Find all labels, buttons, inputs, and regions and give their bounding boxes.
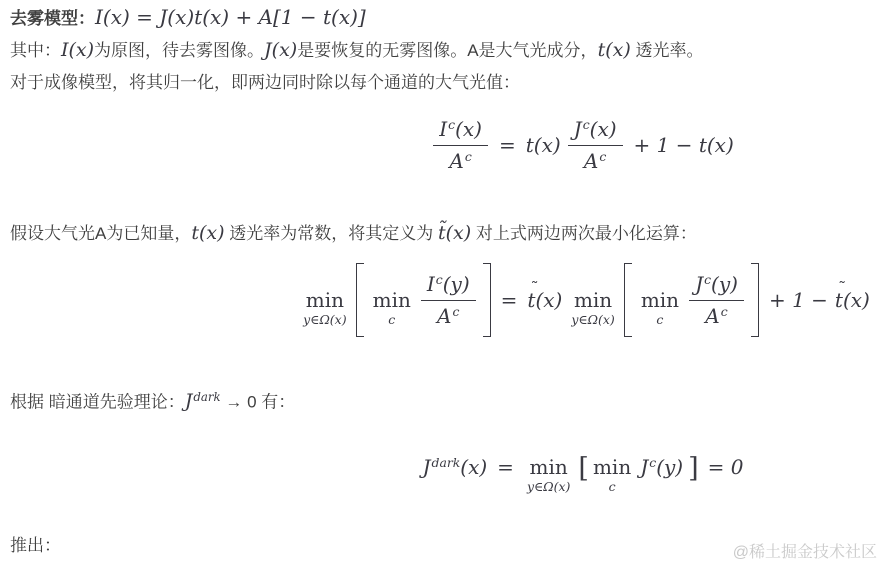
- fraction-Ic-over-Ac: Ic(y) Ac: [421, 272, 476, 328]
- tilde-accent: ˜: [531, 280, 539, 296]
- math-token: (y): [656, 455, 683, 479]
- math-superscript: c: [583, 117, 590, 132]
- display-formula-normalized: Ic(x) Ac = t(x) Jc(x) Ac + 1 − t(x): [283, 112, 887, 178]
- watermark-juejin: @稀土掘金技术社区: [733, 539, 877, 562]
- math-superscript: c: [721, 304, 728, 319]
- math-token: I: [439, 117, 447, 141]
- min-limit: y∈Ω(x): [571, 314, 614, 327]
- paragraph-dehaze-model: 去雾模型：I(x) = J(x)t(x) + A[1 − t(x)]: [10, 4, 366, 32]
- text-segment: 对于成像模型，将其归一化，即两边同时除以每个通道的大气光值：: [10, 73, 520, 92]
- term-J-dark: Jdark(x): [422, 455, 487, 479]
- right-bracket: ]: [688, 455, 699, 482]
- min-operator-inner-right: min c: [641, 290, 679, 327]
- inline-math-J: J(x): [264, 39, 297, 61]
- math-token: A: [449, 149, 463, 173]
- term-t-tilde-tail: ˜t(x): [835, 288, 870, 312]
- min-operator-outer-left: min y∈Ω(x): [303, 290, 346, 327]
- inline-math-t-tilde: t̃(x): [438, 222, 471, 244]
- fraction-Jc-over-Ac: Jc(x) Ac: [568, 117, 623, 173]
- text-segment: → 0 有：: [221, 392, 296, 411]
- term-J-c-y: Jc(y): [640, 455, 683, 479]
- math-token: J: [185, 390, 193, 412]
- math-token: (x): [843, 288, 870, 312]
- t-with-tilde: ˜t: [835, 288, 843, 312]
- fraction-Jc-over-Ac: Jc(y) Ac: [689, 272, 744, 328]
- fraction-numerator: Ic(x): [433, 117, 488, 146]
- dehaze-model-label: 去雾模型：: [10, 9, 95, 28]
- math-token: A: [705, 304, 719, 328]
- math-superscript: dark: [193, 390, 220, 404]
- inline-math-atmospheric-model: I(x) = J(x)t(x) + A[1 − t(x)]: [95, 5, 366, 29]
- math-superscript: c: [436, 272, 443, 287]
- fraction-numerator: Jc(y): [689, 272, 744, 301]
- text-segment: 根据 暗通道先验理论：: [10, 392, 185, 411]
- min-label: min: [530, 457, 568, 477]
- min-label: min: [306, 290, 344, 310]
- math-superscript: c: [452, 304, 459, 319]
- min-limit: c: [656, 314, 663, 327]
- t-with-tilde: ˜t: [527, 288, 535, 312]
- equals-sign: =: [501, 288, 518, 312]
- min-operator-outer: min y∈Ω(x): [527, 457, 570, 494]
- math-token: I: [427, 272, 435, 296]
- math-superscript: c: [704, 272, 711, 287]
- paragraph-conclusion-lead: 推出：: [10, 532, 61, 559]
- text-segment: 是要恢复的无雾图像。A是大气光成分，: [297, 41, 597, 60]
- fraction-denominator: Ac: [437, 301, 459, 328]
- left-bracket: [: [578, 455, 589, 482]
- paragraph-assumption: 假设大气光A为已知量，t(x) 透光率为常数，将其定义为 t̃(x) 对上式两边…: [10, 220, 697, 247]
- min-label: min: [574, 290, 612, 310]
- paragraph-normalization: 对于成像模型，将其归一化，即两边同时除以每个通道的大气光值：: [10, 69, 520, 96]
- text-segment: 对上式两边两次最小化运算：: [471, 224, 697, 243]
- min-limit: y∈Ω(x): [303, 314, 346, 327]
- plus-one-minus: + 1 −: [769, 288, 828, 312]
- equals-zero: = 0: [708, 455, 744, 479]
- math-token: (x): [535, 288, 562, 312]
- inline-math-I: I(x): [61, 39, 94, 61]
- math-token: J: [695, 272, 703, 296]
- paragraph-symbol-explanation: 其中：I(x)为原图，待去雾图像。J(x)是要恢复的无雾图像。A是大气光成分，t…: [10, 37, 703, 64]
- math-token: (y): [443, 272, 470, 296]
- text-segment: 透光率为常数，将其定义为: [225, 224, 438, 243]
- paragraph-dark-channel-prior: 根据 暗通道先验理论：Jdark → 0 有：: [10, 384, 295, 415]
- math-token: A: [584, 149, 598, 173]
- right-bracket: [751, 263, 759, 337]
- math-token: J: [640, 455, 648, 479]
- min-operator-outer-right: min y∈Ω(x): [571, 290, 614, 327]
- math-token: J: [422, 455, 430, 479]
- text-segment: 推出：: [10, 536, 61, 555]
- inline-math-t: t(x): [191, 222, 224, 244]
- math-token: (x): [460, 455, 487, 479]
- tilde-accent: ˜: [838, 280, 846, 296]
- left-bracket: [624, 263, 632, 337]
- equals-sign: =: [499, 133, 516, 157]
- min-label: min: [641, 290, 679, 310]
- math-token: A: [437, 304, 451, 328]
- math-superscript: c: [599, 149, 606, 164]
- min-operator-inner-left: min c: [373, 290, 411, 327]
- min-operator-inner: min c: [593, 457, 631, 494]
- equals-sign: =: [497, 455, 514, 479]
- left-bracket: [356, 263, 364, 337]
- text-segment: 透光率。: [631, 41, 704, 60]
- min-label: min: [593, 457, 631, 477]
- math-token: J: [574, 117, 582, 141]
- right-bracket: [483, 263, 491, 337]
- min-limit: c: [609, 481, 616, 494]
- term-t-tilde: ˜t(x): [527, 288, 562, 312]
- text-segment: 为原图，待去雾图像。: [94, 41, 264, 60]
- math-token: (y): [711, 272, 738, 296]
- article-body: 去雾模型：I(x) = J(x)t(x) + A[1 − t(x)] 其中：I(…: [0, 0, 887, 567]
- text-segment: 假设大气光A为已知量，: [10, 224, 191, 243]
- fraction-denominator: Ac: [584, 146, 606, 173]
- min-limit: c: [388, 314, 395, 327]
- fraction-Ic-over-Ac: Ic(x) Ac: [433, 117, 488, 173]
- min-label: min: [373, 290, 411, 310]
- text-segment: 其中：: [10, 41, 61, 60]
- fraction-denominator: Ac: [449, 146, 471, 173]
- min-limit: y∈Ω(x): [527, 481, 570, 494]
- math-superscript: dark: [432, 455, 461, 470]
- math-superscript: c: [465, 149, 472, 164]
- fraction-denominator: Ac: [705, 301, 727, 328]
- math-token: (x): [455, 117, 482, 141]
- inline-math-J-dark: Jdark: [185, 390, 221, 412]
- display-formula-double-min: min y∈Ω(x) min c Ic(y) Ac = ˜t(x) min y∈…: [283, 263, 887, 337]
- display-formula-dark-channel: Jdark(x) = min y∈Ω(x) [ min c Jc(y) ] = …: [283, 440, 887, 494]
- math-token: (x): [590, 117, 617, 141]
- fraction-numerator: Jc(x): [568, 117, 623, 146]
- fraction-numerator: Ic(y): [421, 272, 476, 301]
- term-t-of-x: t(x): [526, 133, 561, 157]
- formula-tail: + 1 − t(x): [634, 133, 734, 157]
- inline-math-t: t(x): [598, 39, 631, 61]
